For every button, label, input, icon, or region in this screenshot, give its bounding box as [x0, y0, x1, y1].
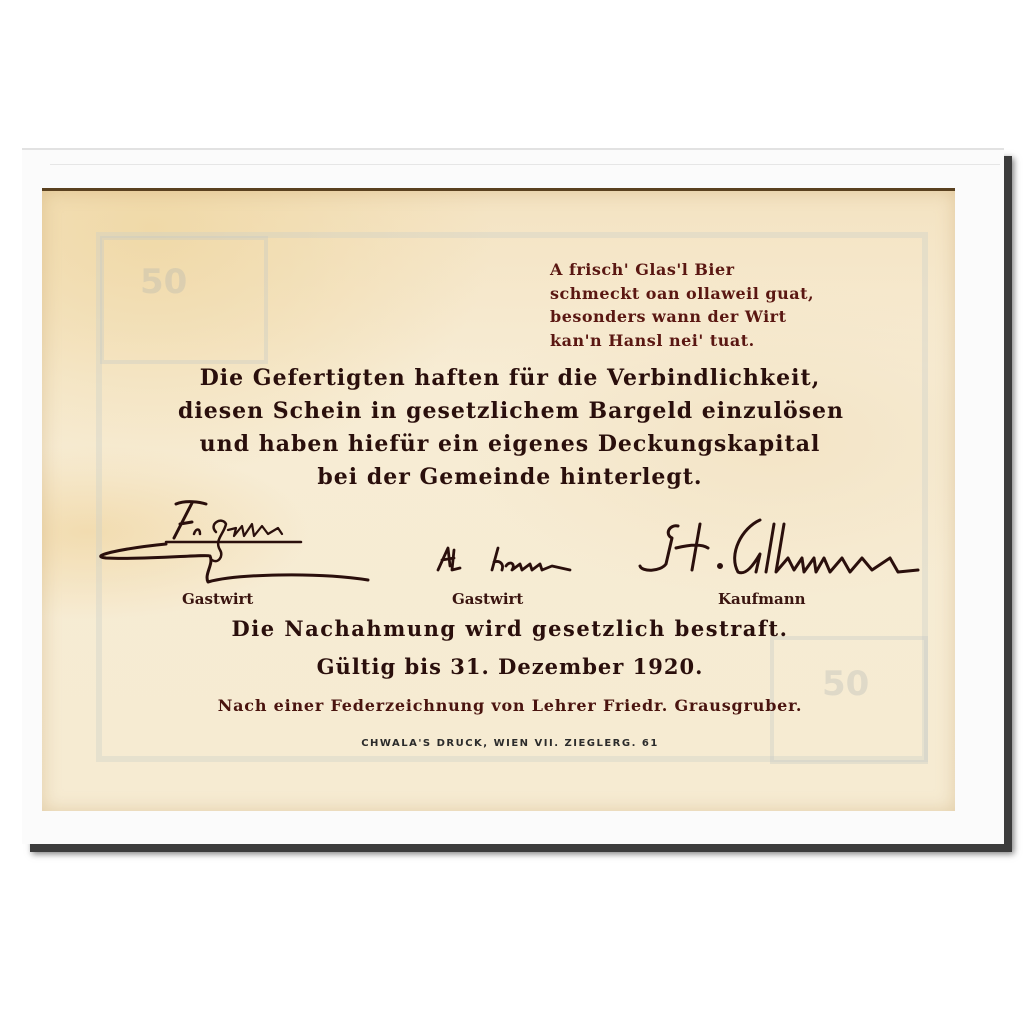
- verse-line: besonders wann der Wirt: [550, 305, 870, 329]
- validity-date: Gültig bis 31. Dezember 1920.: [178, 654, 842, 679]
- counterfeit-warning: Die Nachahmung wird gesetzlich bestraft.: [178, 616, 842, 641]
- show-through-value: 50: [140, 262, 187, 302]
- sleeve-edge-line: [50, 164, 1000, 165]
- liability-declaration: Die Gefertigten haften für die Verbindli…: [178, 362, 842, 494]
- signatory-role: Kaufmann: [718, 590, 806, 608]
- declaration-line: Die Gefertigten haften für die Verbindli…: [178, 362, 842, 395]
- verse-line: kan'n Hansl nei' tuat.: [550, 329, 870, 353]
- declaration-line: diesen Schein in gesetzlichem Bargeld ei…: [178, 395, 842, 428]
- signature-1: [96, 494, 386, 594]
- declaration-line: bei der Gemeinde hinterlegt.: [178, 461, 842, 494]
- signature-2: [434, 540, 584, 584]
- verse-line: schmeckt oan ollaweil guat,: [550, 282, 870, 306]
- verse-line: A frisch' Glas'l Bier: [550, 258, 870, 282]
- signatory-role: Gastwirt: [182, 590, 253, 608]
- printer-imprint: CHWALA'S DRUCK, WIEN VII. ZIEGLERG. 61: [178, 738, 842, 749]
- signature-3: [636, 514, 926, 588]
- handwritten-signature-icon: [636, 514, 926, 584]
- declaration-line: und haben hiefür ein eigenes Deckungskap…: [178, 428, 842, 461]
- handwritten-signature-icon: [96, 494, 386, 590]
- dialect-verse: A frisch' Glas'l Bier schmeckt oan ollaw…: [550, 258, 870, 352]
- signatory-role: Gastwirt: [452, 590, 523, 608]
- artist-credit: Nach einer Federzeichnung von Lehrer Fri…: [178, 696, 842, 715]
- handwritten-signature-icon: [434, 540, 584, 580]
